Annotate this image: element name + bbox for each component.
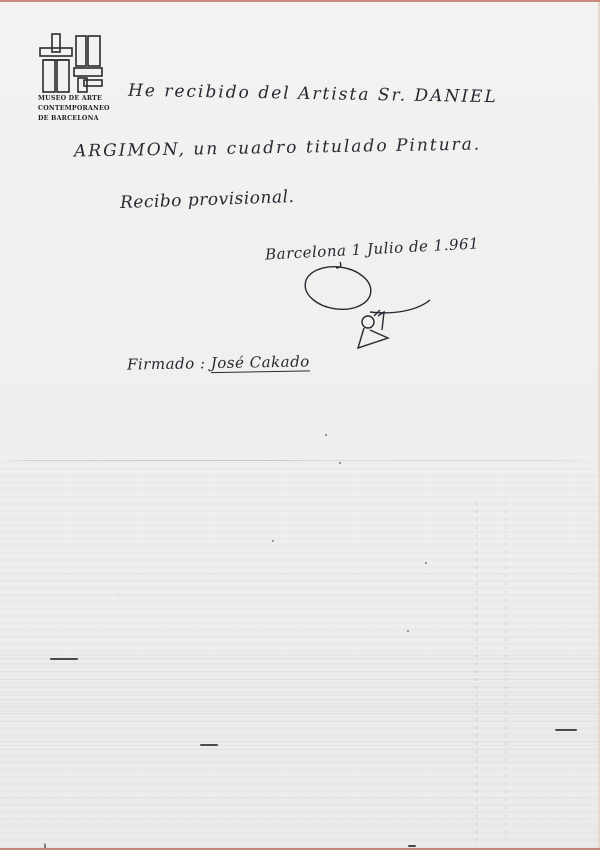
speck — [407, 630, 409, 632]
photocopy-noise-band — [0, 702, 600, 762]
receipt-line-1: He recibido del Artista Sr. DANIEL — [128, 81, 498, 107]
signed-by-label: Firmado : — [127, 354, 206, 373]
photocopy-streak — [475, 502, 478, 842]
letterhead-line-3: DE BARCELONA — [38, 114, 116, 124]
receipt-line-2: ARGIMON, un cuadro titulado Pintura. — [74, 134, 482, 161]
letterhead-logo: MUSEO DE ARTE CONTEMPORANEO DE BARCELONA — [38, 32, 116, 124]
letterhead-line-1: MUSEO DE ARTE — [38, 94, 116, 104]
signer-name: José Cakado — [211, 352, 310, 372]
speck — [325, 434, 327, 436]
photocopy-streak — [505, 502, 508, 842]
signature-mark — [300, 260, 440, 359]
fold-line — [0, 460, 600, 461]
letterhead-line-2: CONTEMPORANEO — [38, 104, 116, 114]
speck — [200, 744, 218, 746]
speck — [272, 540, 274, 542]
speck — [555, 729, 577, 731]
speck — [50, 658, 78, 660]
speck — [425, 562, 427, 564]
receipt-line-3: Recibo provisional. — [120, 187, 295, 213]
speck — [339, 462, 341, 464]
signed-by-line: Firmado : José Cakado — [127, 352, 310, 373]
signature-flourish-icon — [300, 260, 440, 355]
document-page: MUSEO DE ARTE CONTEMPORANEO DE BARCELONA… — [0, 2, 600, 848]
speck — [44, 843, 46, 848]
speck — [408, 845, 416, 847]
museum-monogram-icon — [38, 32, 104, 94]
